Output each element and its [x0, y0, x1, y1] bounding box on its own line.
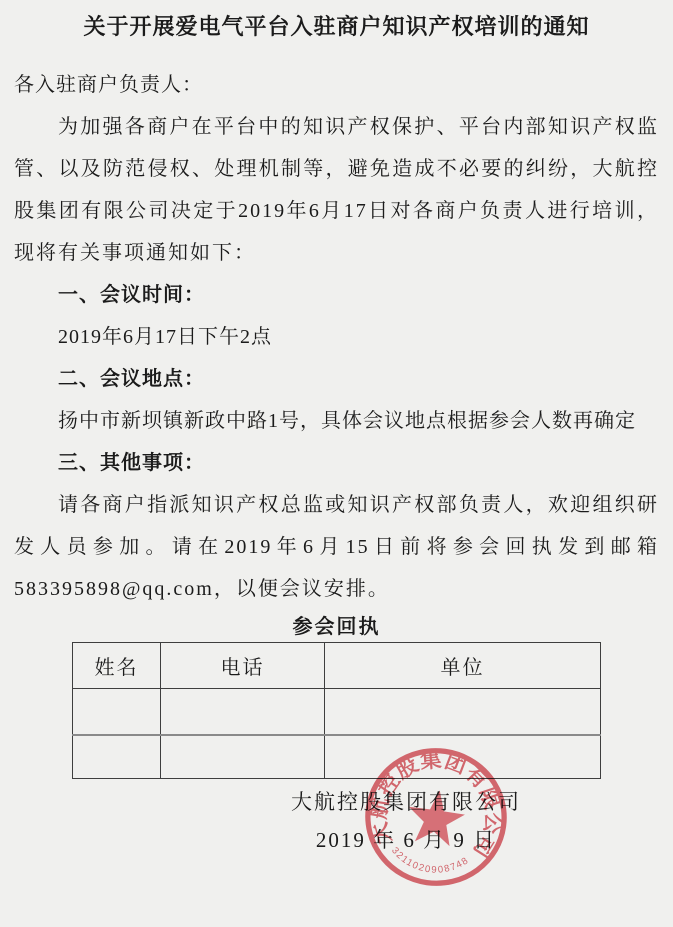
table-cell-empty — [73, 735, 161, 779]
table-cell-empty — [161, 689, 325, 736]
section-content-meeting-time: 2019年6月17日下午2点 — [14, 316, 659, 358]
table-cell-empty — [73, 689, 161, 736]
salutation: 各入驻商户负责人： — [14, 64, 659, 106]
section-content-other-matters: 请各商户指派知识产权总监或知识产权部负责人，欢迎组织研发人员参加。请在2019年… — [14, 484, 659, 610]
table-header-row: 姓名 电话 单位 — [73, 643, 601, 689]
section-heading-meeting-time: 一、会议时间： — [14, 274, 659, 316]
section-heading-other-matters: 三、其他事项： — [14, 442, 659, 484]
notice-title: 关于开展爱电气平台入驻商户知识产权培训的通知 — [14, 12, 659, 42]
signature-company: 大航控股集团有限公司 — [256, 787, 556, 817]
table-cell-empty — [325, 689, 601, 736]
column-header-name: 姓名 — [73, 643, 161, 689]
intro-paragraph: 为加强各商户在平台中的知识产权保护、平台内部知识产权监管、以及防范侵权、处理机制… — [14, 106, 659, 274]
reply-slip-title: 参会回执 — [14, 612, 659, 642]
column-header-unit: 单位 — [325, 643, 601, 689]
signature-block: 大航控股集团有限公司 2019 年 6 月 9 日 — [256, 787, 556, 861]
table-cell-empty — [325, 735, 601, 779]
signature-date: 2019 年 6 月 9 日 — [256, 819, 556, 861]
section-content-meeting-place: 扬中市新坝镇新政中路1号，具体会议地点根据参会人数再确定 — [14, 400, 659, 442]
table-row — [73, 735, 601, 779]
table-row — [73, 689, 601, 736]
reply-slip-table: 姓名 电话 单位 — [72, 642, 601, 779]
column-header-phone: 电话 — [161, 643, 325, 689]
table-cell-empty — [161, 735, 325, 779]
section-heading-meeting-place: 二、会议地点： — [14, 358, 659, 400]
notice-page: 关于开展爱电气平台入驻商户知识产权培训的通知 各入驻商户负责人： 为加强各商户在… — [0, 0, 673, 927]
